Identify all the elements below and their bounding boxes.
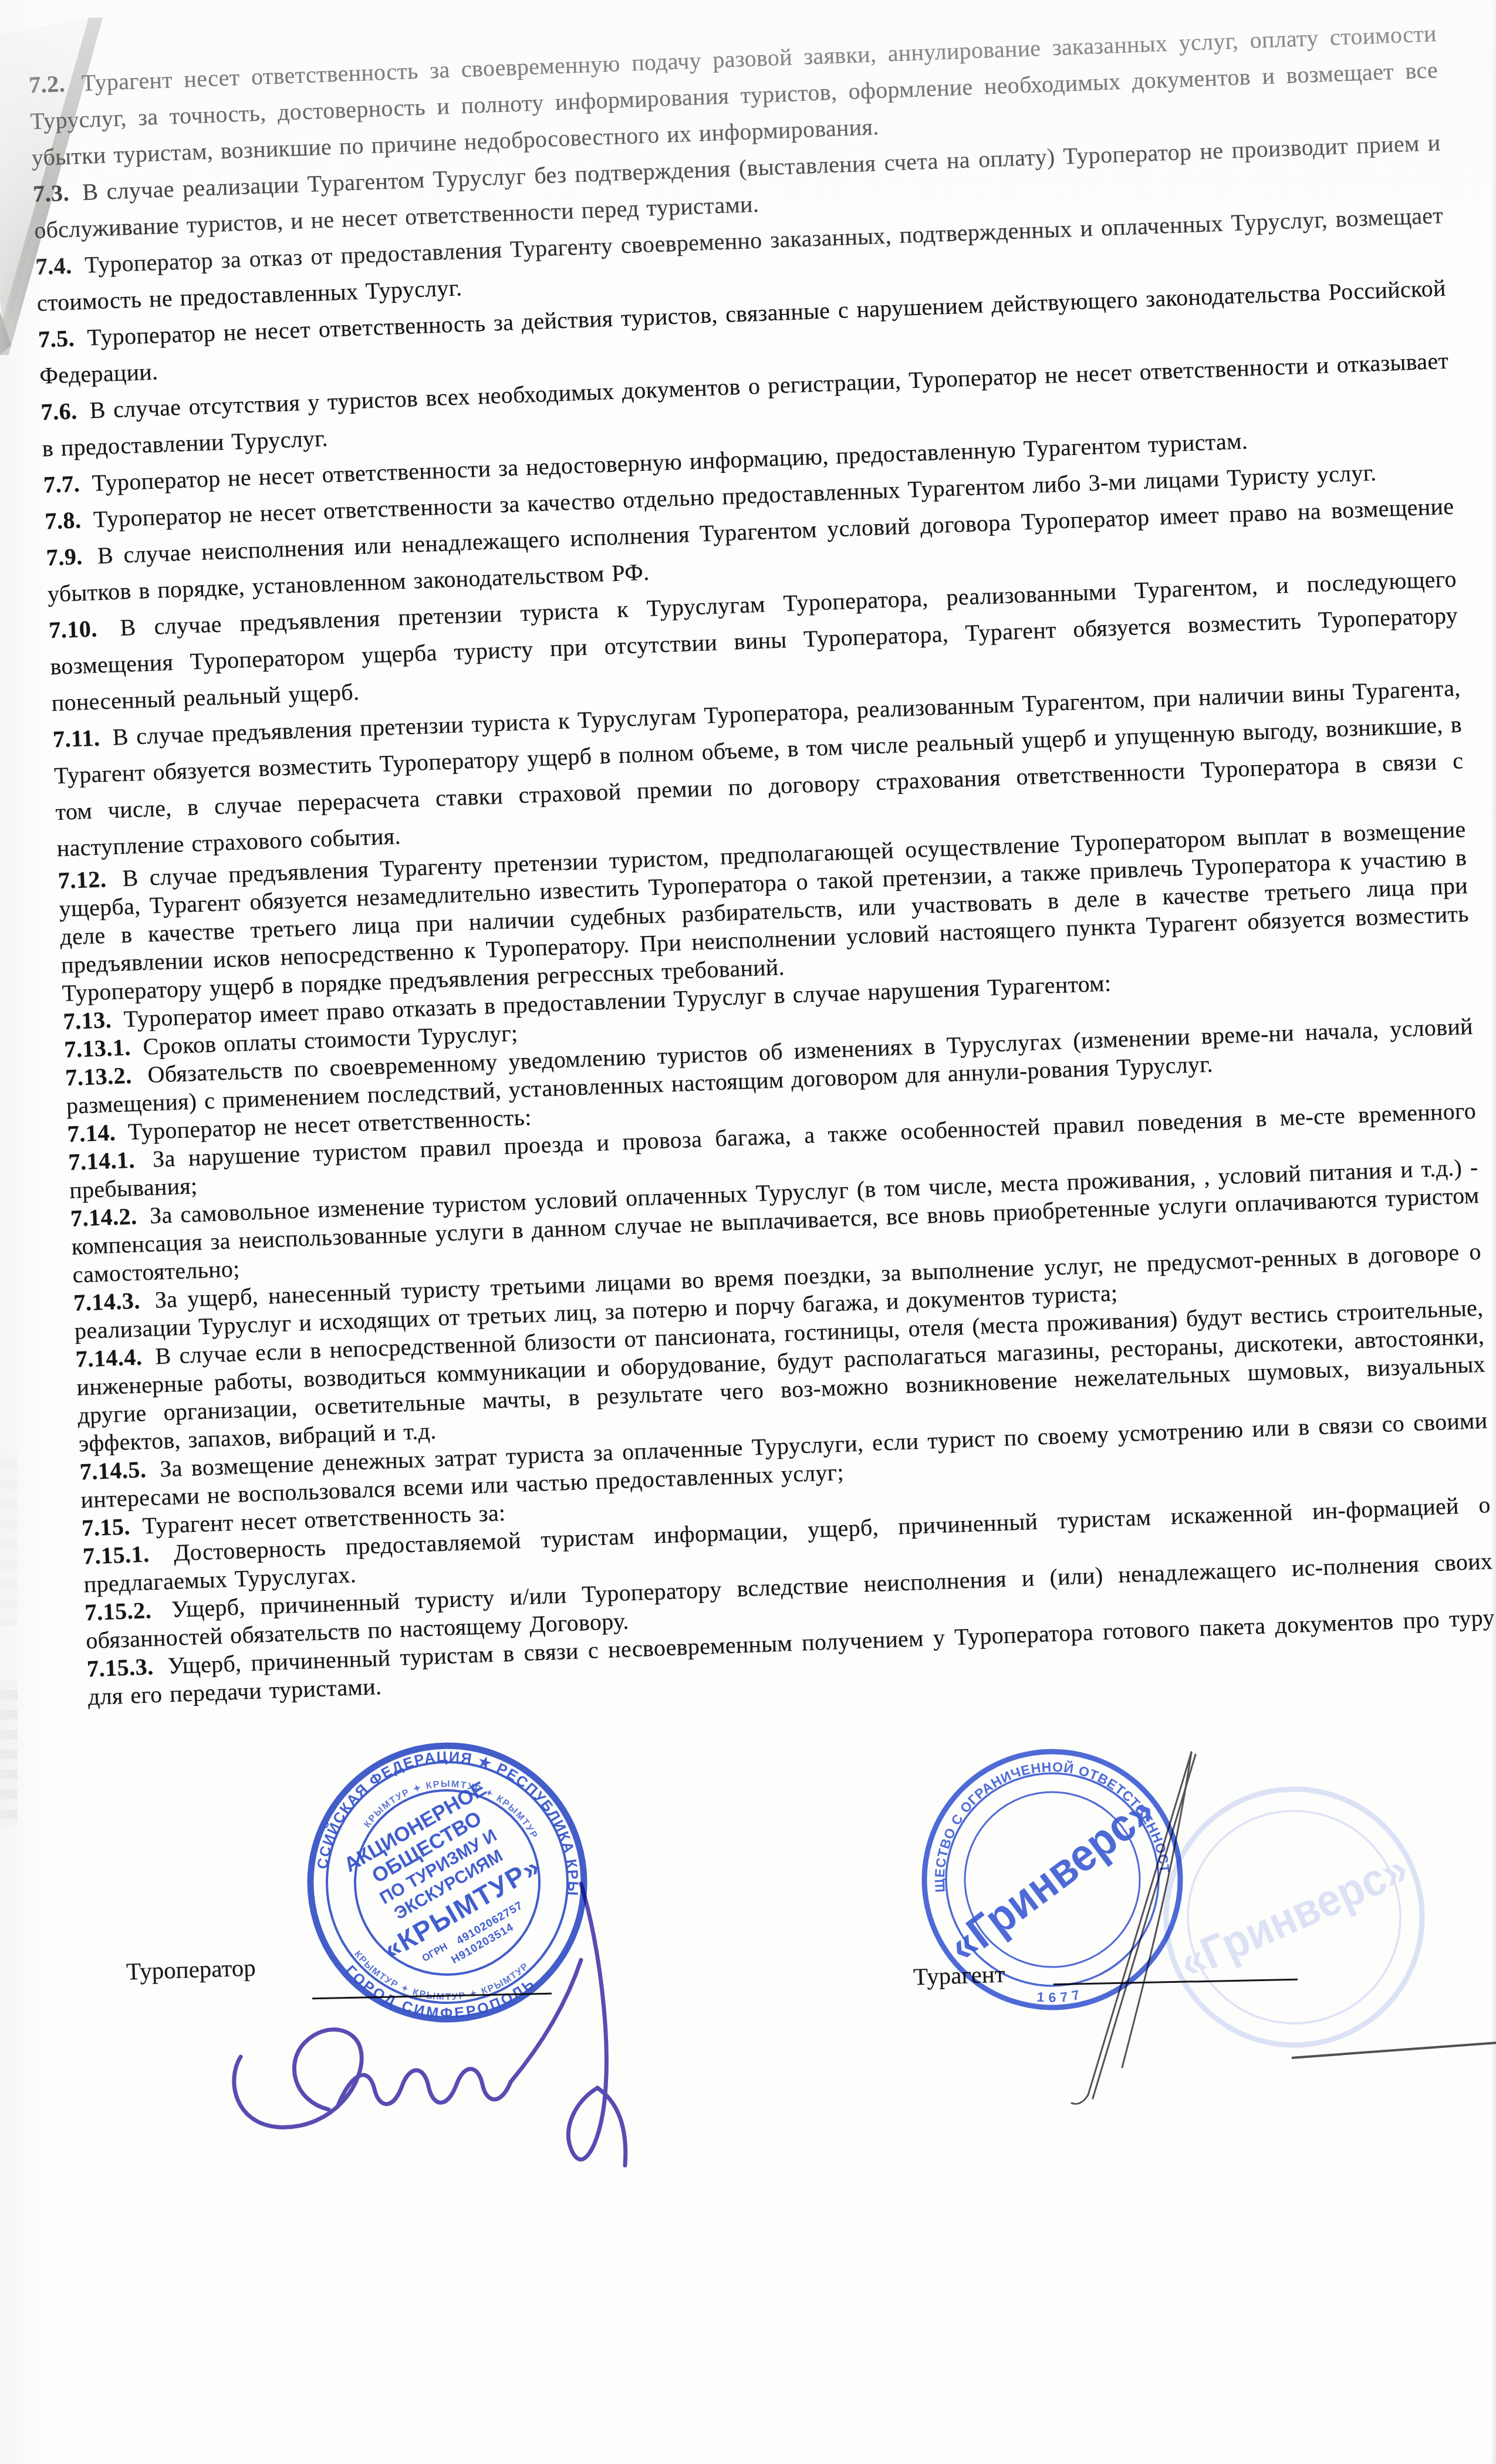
svg-text:ОБЩЕСТВО: ОБЩЕСТВО	[368, 1807, 485, 1888]
tour-agent-signature-ink	[1058, 1718, 1234, 2105]
scan-streaks-lower	[0, 1679, 18, 1826]
page-edge-shadow	[1491, 0, 1496, 2464]
clause-number: 7.11.	[52, 724, 105, 752]
svg-text:1677: 1677	[1035, 1986, 1086, 2007]
svg-text:ОБЩЕСТВО С ОГРАНИЧЕННОЙ ОТВЕТС: ОБЩЕСТВО С ОГРАНИЧЕННОЙ ОТВЕТСТВЕННОСТЬЮ	[924, 1751, 1173, 1893]
clause-number: 7.10.	[48, 615, 102, 643]
grinvers-center-text: «Гринверс»	[938, 1784, 1164, 1972]
clause-number: 7.14.4.	[75, 1343, 147, 1372]
svg-text:ПО ТУРИЗМУ И: ПО ТУРИЗМУ И	[376, 1826, 500, 1908]
clause-number: 7.12.	[58, 866, 112, 894]
clause-number: 7.14.5.	[79, 1456, 151, 1485]
svg-text:АКЦИОНЕРНОЕ: АКЦИОНЕРНОЕ	[340, 1777, 490, 1877]
tour-agent-signature-line	[1053, 1979, 1298, 1986]
clause-number: 7.14.	[67, 1118, 121, 1147]
svg-text:«КРЫМТУР»: «КРЫМТУР»	[379, 1851, 546, 1965]
clause-number: 7.15.2.	[85, 1597, 157, 1625]
svg-text:ОГРН: ОГРН	[420, 1941, 450, 1964]
clause-number: 7.14.2.	[70, 1202, 142, 1231]
tour-operator-signature-line	[312, 1993, 552, 2000]
clause-number: 7.9.	[46, 543, 88, 571]
svg-text:КРЫМТУР ✦ КРЫМТУР ✦ КРЫМТУР: КРЫМТУР ✦ КРЫМТУР ✦ КРЫМТУР	[349, 1949, 531, 2008]
svg-text:Н910203514: Н910203514	[450, 1921, 516, 1967]
tour-operator-label: Туроператор	[126, 1953, 256, 1986]
clause-list: 7.2. Турагент несет ответственность за с…	[28, 15, 1496, 1711]
stray-pen-line	[1291, 2041, 1496, 2059]
clause-number: 7.3.	[32, 179, 75, 207]
svg-text:РОССИЙСКАЯ ФЕДЕРАЦИЯ ★ РЕСПУБЛ: РОССИЙСКАЯ ФЕДЕРАЦИЯ ★ РЕСПУБЛИКА КРЫМ	[313, 1740, 590, 1898]
clause-number: 7.14.3.	[73, 1287, 145, 1316]
clause-number: 7.15.	[81, 1513, 135, 1541]
clause-number: 7.13.1.	[64, 1033, 136, 1062]
clause-number: 7.7.	[43, 470, 85, 498]
tour-operator-signature-ink	[217, 1848, 710, 2195]
svg-text:«Гринверс»: «Гринверс»	[1171, 1843, 1415, 1989]
svg-text:49102062757: 49102062757	[454, 1899, 525, 1948]
tour-agent-label: Турагент	[913, 1960, 1005, 1991]
scan-streaks-upper	[0, 1449, 18, 1625]
clause-number: 7.5.	[38, 325, 80, 353]
clause-number: 7.6.	[40, 397, 83, 425]
clause-number: 7.8.	[45, 506, 87, 535]
krymtur-stamp: РОССИЙСКАЯ ФЕДЕРАЦИЯ ★ РЕСПУБЛИКА КРЫМ Г…	[281, 1712, 614, 2053]
grinvers-stamp-ghost: «Гринверс»	[1127, 1752, 1461, 2082]
clause-number: 7.15.3.	[86, 1653, 158, 1682]
clause-number: 7.2.	[28, 70, 70, 98]
clause-number: 7.14.1.	[68, 1146, 140, 1175]
clause-number: 7.15.1.	[82, 1540, 154, 1569]
contract-text-block: 7.2. Турагент несет ответственность за с…	[28, 15, 1496, 1711]
clause-number: 7.13.	[63, 1006, 117, 1035]
scanned-page: 7.2. Турагент несет ответственность за с…	[0, 0, 1496, 2464]
clause-number: 7.4.	[35, 252, 77, 280]
svg-text:КРЫМТУР ✦ КРЫМТУР ✦ КРЫМТУР: КРЫМТУР ✦ КРЫМТУР ✦ КРЫМТУР	[362, 1773, 543, 1841]
svg-text:ЭКСКУРСИЯМ: ЭКСКУРСИЯМ	[391, 1846, 506, 1924]
clause-number: 7.13.2.	[65, 1062, 137, 1090]
